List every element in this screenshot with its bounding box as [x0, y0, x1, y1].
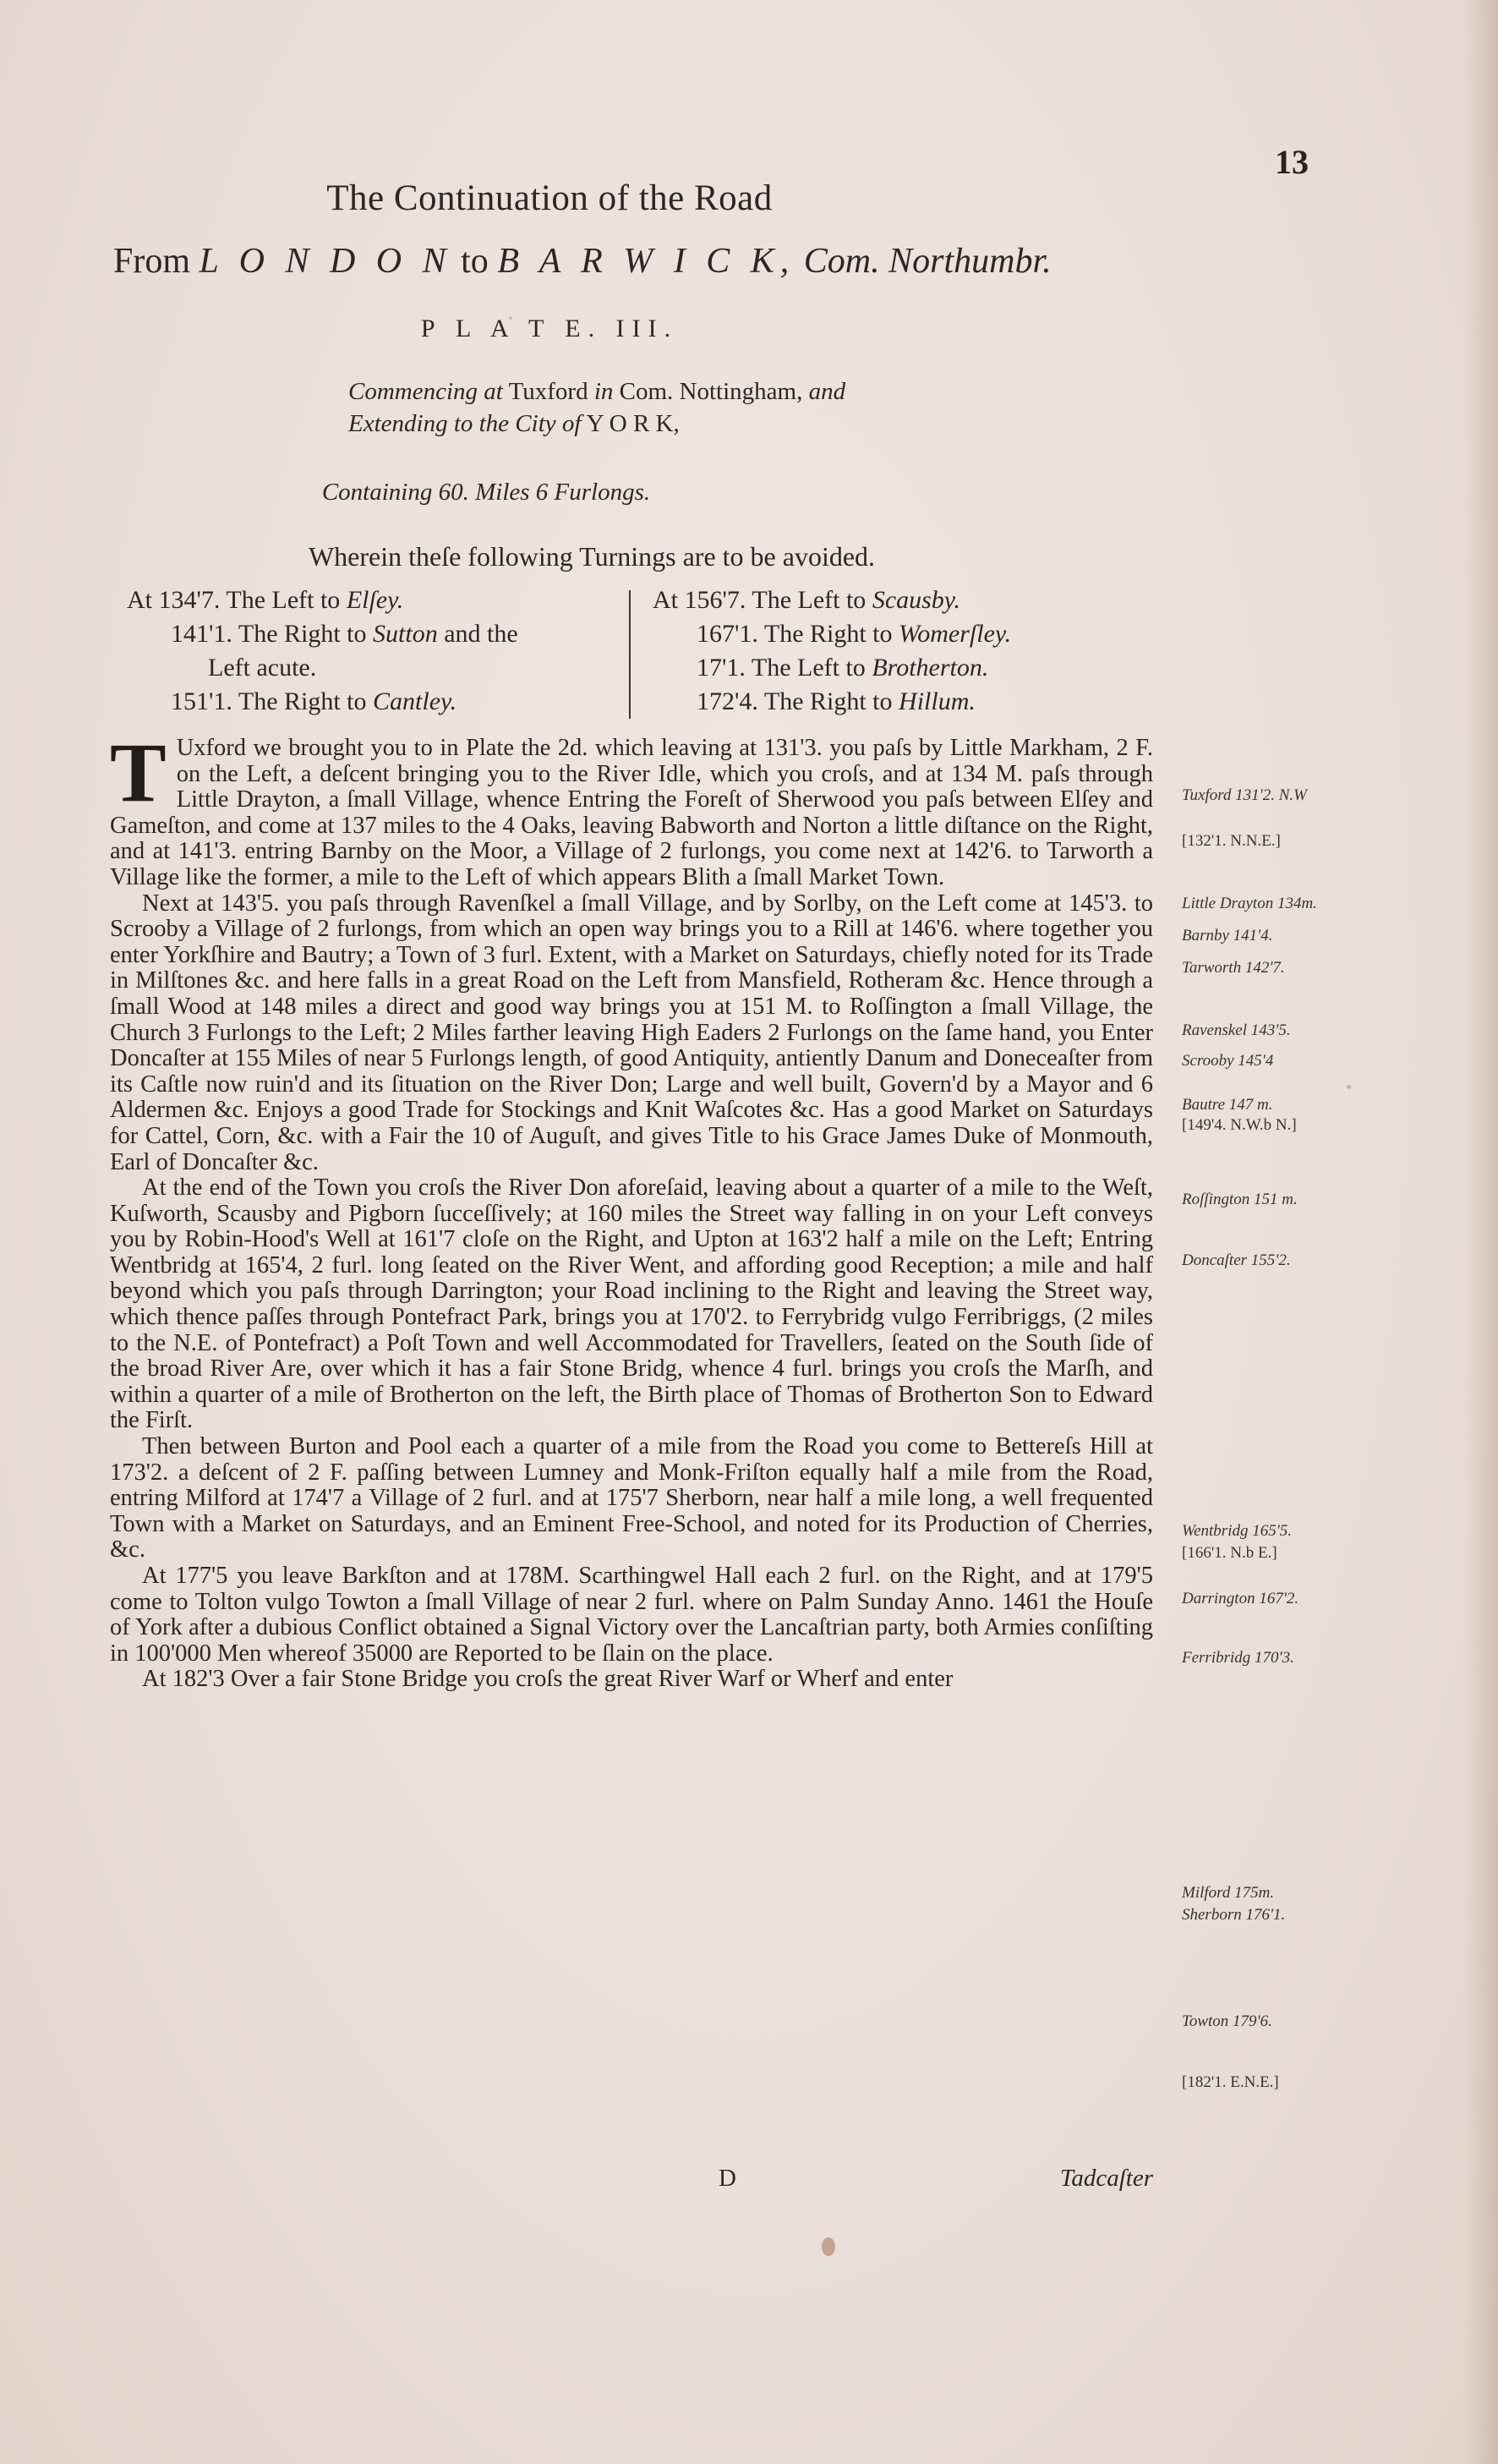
- margin-distance-note: Barnby 141'4.: [1182, 927, 1273, 945]
- drop-cap: T: [110, 741, 167, 805]
- paragraph-1: TUxford we brought you to in Plate the 2…: [110, 736, 1153, 891]
- turning-item-continuation: Left acute.: [127, 651, 626, 685]
- extending-place: Y O R K,: [587, 410, 680, 437]
- book-page: 13 The Continuation of the Road From L O…: [0, 0, 1498, 2464]
- margin-distance-note: Ravenskel 143'5.: [1182, 1021, 1291, 1040]
- foxing-spot: [1347, 1085, 1351, 1089]
- margin-distance-note: Little Drayton 134m.: [1182, 895, 1317, 913]
- margin-distance-note: Tarworth 142'7.: [1182, 959, 1285, 977]
- margin-distance-note: Sherborn 176'1.: [1182, 1906, 1285, 1925]
- margin-bearing-note: [166'1. N.b E.]: [1182, 1544, 1277, 1563]
- title-county: Com. Northumbr.: [804, 242, 1052, 281]
- foxing-spot: [822, 2237, 835, 2256]
- turning-item: 141'1. The Right to Sutton and the: [127, 617, 626, 651]
- plate-heading: P L A T E. III.: [0, 315, 1099, 343]
- commencing-line-2: Extending to the City of Y O R K,: [348, 408, 845, 440]
- turnings-heading: Wherein theſe following Turnings are to …: [0, 541, 1184, 572]
- turning-item: 172'4. The Right to Hillum.: [653, 685, 1075, 719]
- margin-distance-note: Wentbridg 165'5.: [1182, 1522, 1292, 1541]
- margin-distance-note: Towton 179'6.: [1182, 2012, 1272, 2031]
- margin-distance-note: Bautre 147 m.: [1182, 1096, 1272, 1114]
- margin-distance-note: Tuxford 131'2. N.W: [1182, 786, 1307, 805]
- title-from: From: [113, 242, 190, 281]
- commencing-pre: Commencing at: [348, 378, 503, 405]
- column-divider: [629, 590, 631, 719]
- commencing-county: Com. Nottingham,: [620, 378, 803, 405]
- commencing-line-1: Commencing at Tuxford in Com. Nottingham…: [348, 375, 845, 408]
- page-footer: D Tadcaſter: [110, 2165, 1153, 2198]
- body-text: TUxford we brought you to in Plate the 2…: [110, 736, 1153, 1693]
- paragraph-6: At 182'3 Over a fair Stone Bridge you cr…: [110, 1667, 1153, 1693]
- signature-mark: D: [719, 2165, 736, 2193]
- extending-pre: Extending to the City of: [348, 410, 581, 437]
- margin-bearing-note: [132'1. N.N.E.]: [1182, 832, 1281, 851]
- paragraph-2: Next at 143'5. you paſs through Ravenſke…: [110, 891, 1153, 1176]
- paragraph-4: Then between Burton and Pool each a quar…: [110, 1434, 1153, 1563]
- margin-distance-note: Roſſington 151 m.: [1182, 1191, 1298, 1209]
- title-destination: B A R W I C K,: [497, 242, 795, 281]
- turning-item: At 156'7. The Left to Scausby.: [653, 583, 1075, 617]
- commencing-block: Commencing at Tuxford in Com. Nottingham…: [348, 375, 845, 440]
- turnings-table: At 134'7. The Left to Elſey. 141'1. The …: [127, 583, 1065, 720]
- paragraph-5: At 177'5 you leave Barkſton and at 178M.…: [110, 1563, 1153, 1667]
- turning-item: 167'1. The Right to Womerſley.: [653, 617, 1075, 651]
- turnings-right-column: At 156'7. The Left to Scausby. 167'1. Th…: [653, 583, 1075, 719]
- turning-item: At 134'7. The Left to Elſey.: [127, 583, 626, 617]
- margin-distance-note: Doncaſter 155'2.: [1182, 1251, 1291, 1270]
- title-line-2: From L O N D O N to B A R W I C K, Com. …: [113, 241, 1052, 282]
- foxing-spot: [509, 316, 512, 320]
- title-origin: L O N D O N: [200, 242, 452, 281]
- turning-item: 151'1. The Right to Cantley.: [127, 685, 626, 719]
- margin-distance-note: Darrington 167'2.: [1182, 1590, 1298, 1608]
- catchword: Tadcaſter: [1060, 2165, 1153, 2193]
- margin-distance-note: Ferribridg 170'3.: [1182, 1649, 1294, 1667]
- title-line-1: The Continuation of the Road: [0, 178, 1099, 219]
- commencing-in: in: [594, 378, 614, 405]
- title-to: to: [461, 242, 489, 281]
- paragraph-3: At the end of the Town you croſs the Riv…: [110, 1175, 1153, 1434]
- containing-distance: Containing 60. Miles 6 Furlongs.: [0, 479, 972, 506]
- turnings-left-column: At 134'7. The Left to Elſey. 141'1. The …: [127, 583, 626, 719]
- commencing-place: Tuxford: [509, 378, 588, 405]
- margin-bearing-note: [182'1. E.N.E.]: [1182, 2073, 1279, 2092]
- turning-item: 17'1. The Left to Brotherton.: [653, 651, 1075, 685]
- margin-distance-note: Milford 175m.: [1182, 1884, 1274, 1903]
- page-number: 13: [1275, 142, 1309, 182]
- margin-bearing-note: [149'4. N.W.b N.]: [1182, 1116, 1297, 1135]
- commencing-and: and: [809, 378, 846, 405]
- margin-distance-note: Scrooby 145'4: [1182, 1052, 1273, 1070]
